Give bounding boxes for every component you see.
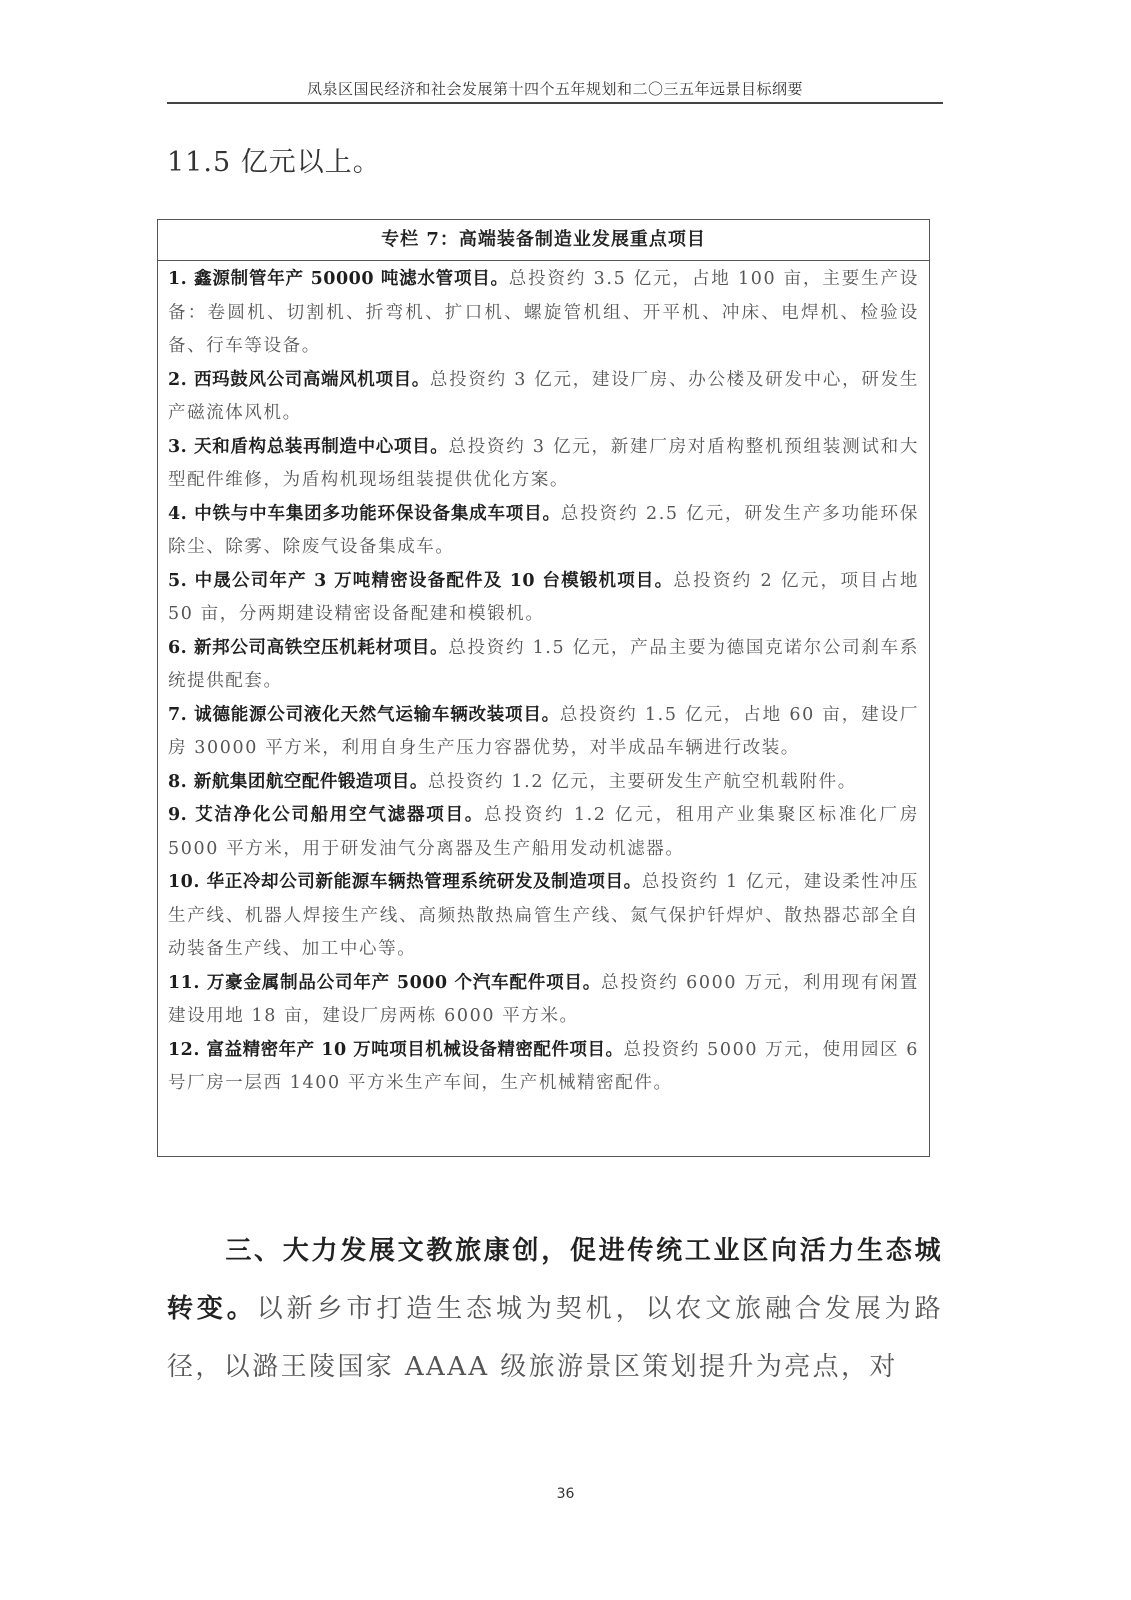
- lead-text: 11.5 亿元以上。: [167, 140, 381, 179]
- header-divider: [167, 102, 943, 104]
- project-item-2: 2. 西玛鼓风公司高端风机项目。总投资约 3 亿元，建设厂房、办公楼及研发中心，…: [168, 364, 919, 431]
- project-name: 9. 艾洁净化公司船用空气滤器项目。: [168, 805, 484, 825]
- project-name: 10. 华正冷却公司新能源车辆热管理系统研发及制造项目。: [168, 872, 642, 892]
- project-name: 8. 新航集团航空配件锻造项目。: [168, 772, 428, 792]
- project-item-8: 8. 新航集团航空配件锻造项目。总投资约 1.2 亿元，主要研发生产航空机载附件…: [168, 766, 919, 800]
- project-list: 1. 鑫源制管年产 50000 吨滤水管项目。总投资约 3.5 亿元，占地 10…: [158, 261, 929, 1101]
- project-desc: 总投资约 1.2 亿元，主要研发生产航空机载附件。: [428, 772, 857, 792]
- box-title: 专栏 7：高端装备制造业发展重点项目: [158, 220, 929, 261]
- project-name: 5. 中晟公司年产 3 万吨精密设备配件及 10 台模锻机项目。: [168, 571, 673, 591]
- project-name: 4. 中铁与中车集团多功能环保设备集成车项目。: [168, 504, 561, 524]
- project-box: 专栏 7：高端装备制造业发展重点项目 1. 鑫源制管年产 50000 吨滤水管项…: [157, 219, 930, 1157]
- project-name: 6. 新邦公司高铁空压机耗材项目。: [168, 638, 448, 658]
- project-item-5: 5. 中晟公司年产 3 万吨精密设备配件及 10 台模锻机项目。总投资约 2 亿…: [168, 565, 919, 632]
- project-name: 11. 万豪金属制品公司年产 5000 个汽车配件项目。: [168, 973, 601, 993]
- project-name: 2. 西玛鼓风公司高端风机项目。: [168, 370, 430, 390]
- project-item-1: 1. 鑫源制管年产 50000 吨滤水管项目。总投资约 3.5 亿元，占地 10…: [168, 263, 919, 364]
- project-name: 12. 富益精密年产 10 万吨项目机械设备精密配件项目。: [168, 1040, 624, 1060]
- running-header: 凤泉区国民经济和社会发展第十四个五年规划和二〇三五年远景目标纲要: [167, 78, 943, 99]
- project-name: 1. 鑫源制管年产 50000 吨滤水管项目。: [168, 269, 509, 289]
- project-name: 3. 天和盾构总装再制造中心项目。: [168, 437, 448, 457]
- project-item-6: 6. 新邦公司高铁空压机耗材项目。总投资约 1.5 亿元，产品主要为德国克诺尔公…: [168, 632, 919, 699]
- project-item-9: 9. 艾洁净化公司船用空气滤器项目。总投资约 1.2 亿元，租用产业集聚区标准化…: [168, 799, 919, 866]
- section-body: 以新乡市打造生态城为契机，以农文旅融合发展为路径，以潞王陵国家 AAAA 级旅游…: [167, 1294, 943, 1382]
- project-item-3: 3. 天和盾构总装再制造中心项目。总投资约 3 亿元，新建厂房对盾构整机预组装测…: [168, 431, 919, 498]
- project-item-11: 11. 万豪金属制品公司年产 5000 个汽车配件项目。总投资约 6000 万元…: [168, 967, 919, 1034]
- page-number: 36: [0, 1486, 1131, 1502]
- project-item-10: 10. 华正冷却公司新能源车辆热管理系统研发及制造项目。总投资约 1 亿元，建设…: [168, 866, 919, 967]
- project-item-4: 4. 中铁与中车集团多功能环保设备集成车项目。总投资约 2.5 亿元，研发生产多…: [168, 498, 919, 565]
- project-item-12: 12. 富益精密年产 10 万吨项目机械设备精密配件项目。总投资约 5000 万…: [168, 1034, 919, 1101]
- project-name: 7. 诚德能源公司液化天然气运输车辆改装项目。: [168, 705, 560, 725]
- project-item-7: 7. 诚德能源公司液化天然气运输车辆改装项目。总投资约 1.5 亿元，占地 60…: [168, 699, 919, 766]
- section-paragraph: 三、大力发展文教旅康创，促进传统工业区向活力生态城转变。以新乡市打造生态城为契机…: [167, 1222, 943, 1396]
